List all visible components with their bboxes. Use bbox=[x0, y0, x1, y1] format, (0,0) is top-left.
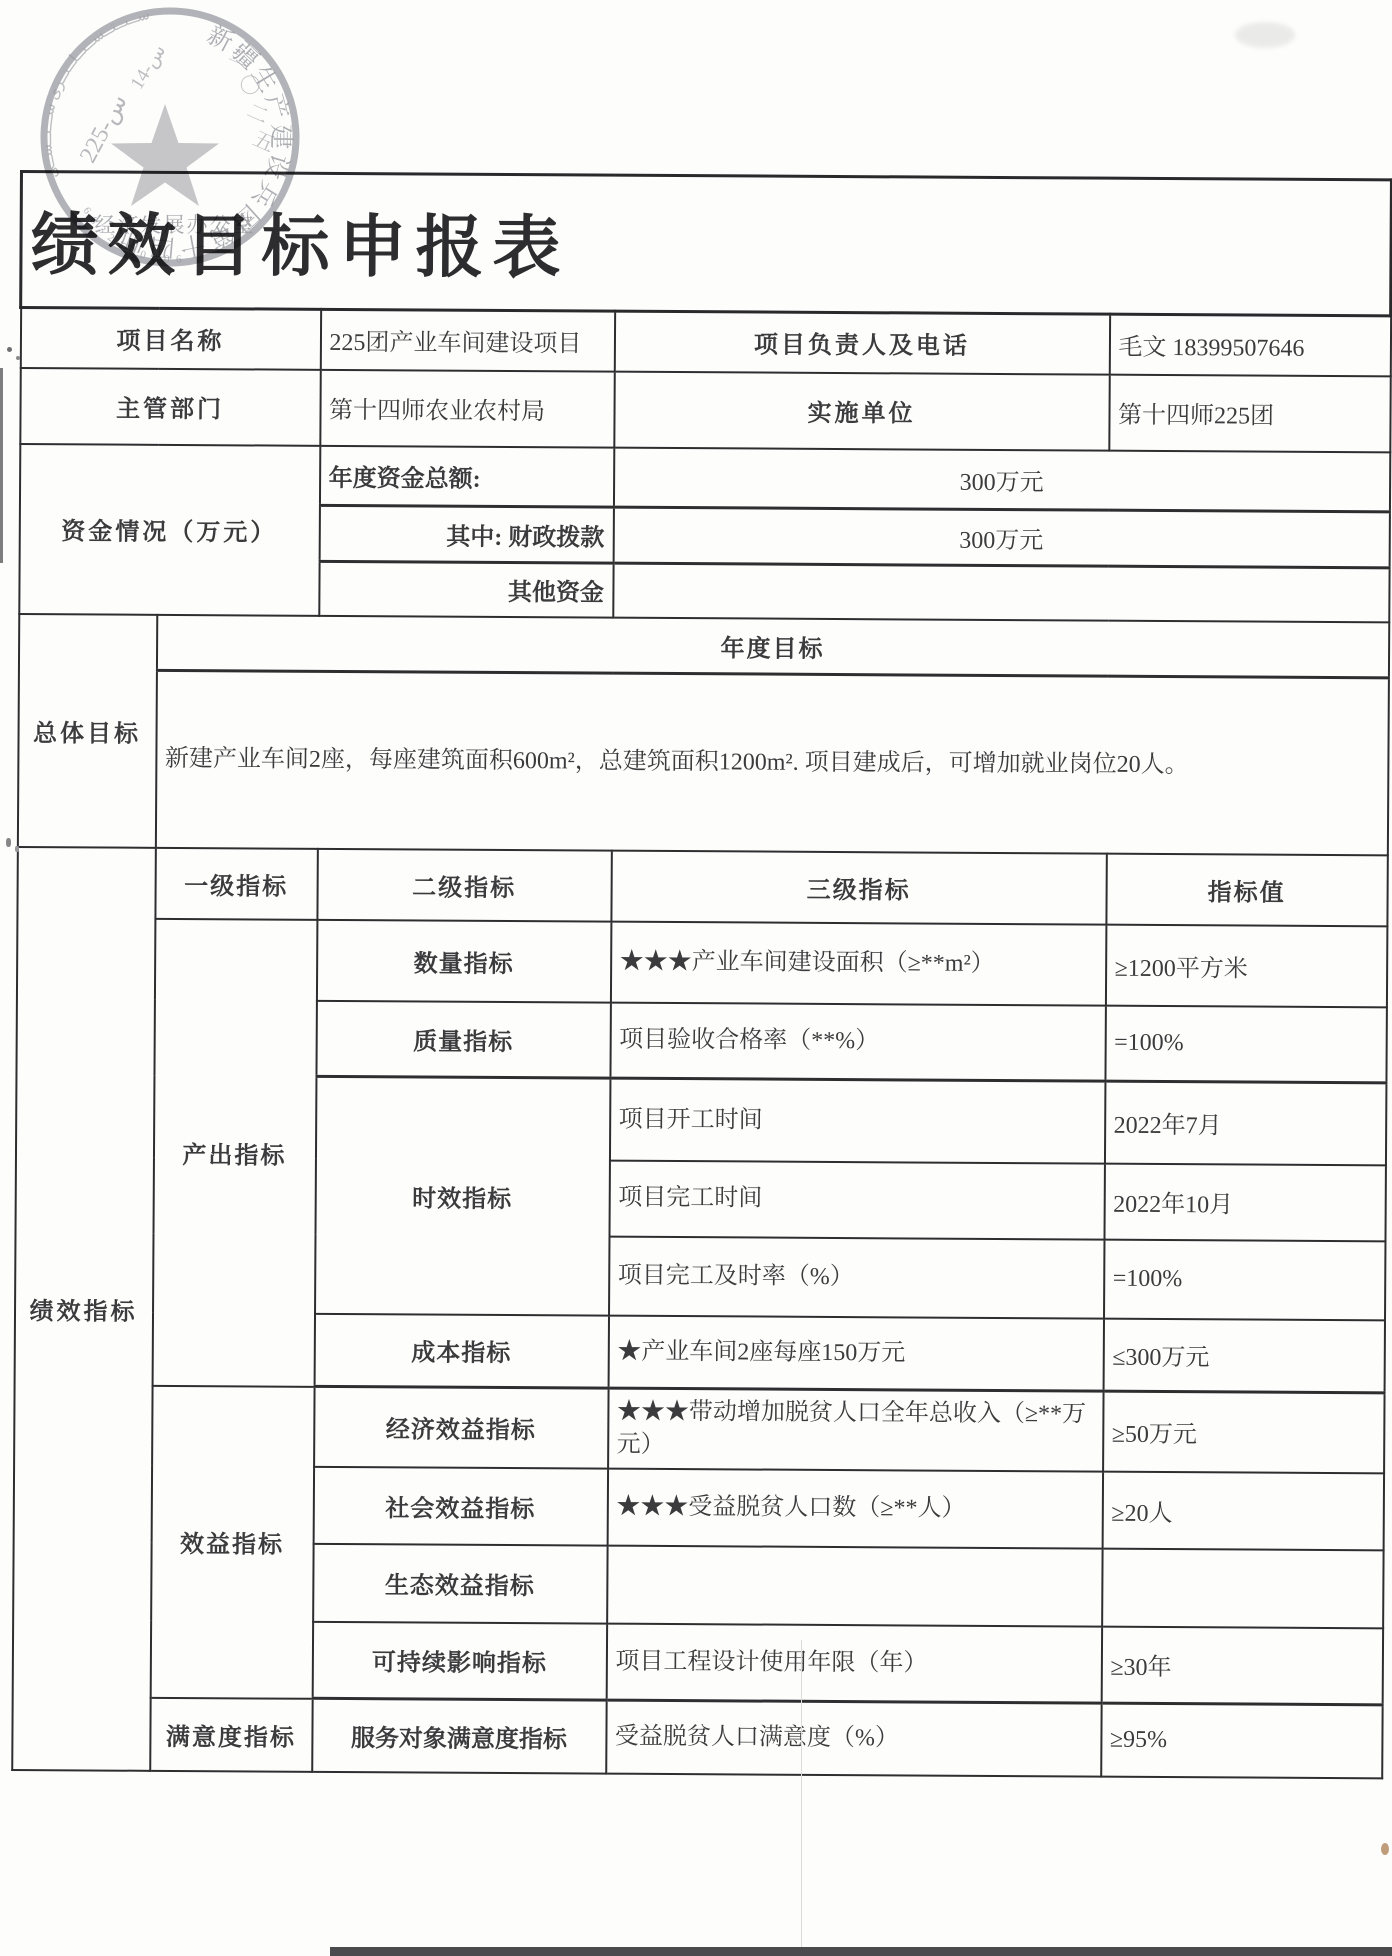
level1-satisfaction: 满意度指标 bbox=[150, 1697, 312, 1771]
seal-code-14: 14-س bbox=[127, 41, 171, 93]
scan-stain bbox=[1381, 1843, 1389, 1855]
performance-target-form-table: 绩效目标申报表 项目名称 225团产业车间建设项目 项目负责人及电话 毛文 18… bbox=[10, 170, 1392, 1779]
level1-benefit: 效益指标 bbox=[150, 1385, 314, 1698]
project-manager-label: 项目负责人及电话 bbox=[614, 311, 1109, 374]
sustainability-level3: 项目工程设计使用年限（年） bbox=[606, 1623, 1101, 1703]
indicator-header-row: 绩效指标 一级指标 二级指标 三级指标 指标值 bbox=[17, 846, 1387, 925]
satisfaction-level3: 受益脱贫人口满意度（%） bbox=[606, 1700, 1101, 1776]
implementing-unit-label: 实施单位 bbox=[614, 371, 1109, 450]
ontime-rate-value: =100% bbox=[1104, 1239, 1386, 1320]
ontime-rate-level3: 项目完工及时率（%） bbox=[609, 1236, 1104, 1318]
scan-edge-line bbox=[0, 368, 3, 563]
quality-value: =100% bbox=[1105, 1005, 1387, 1083]
project-name-label: 项目名称 bbox=[20, 308, 320, 370]
seal-code-225: 225-س bbox=[75, 90, 132, 167]
indicator-row-quantity: 产出指标 数量指标 ★★★产业车间建设面积（≥**m²） ≥1200平方米 bbox=[16, 917, 1387, 1006]
department-label: 主管部门 bbox=[20, 368, 320, 446]
quantity-level3: ★★★产业车间建设面积（≥**m²） bbox=[610, 921, 1105, 1005]
cost-value: ≤300万元 bbox=[1103, 1318, 1384, 1393]
annual-goal-header-row: 总体目标 年度目标 bbox=[18, 614, 1388, 678]
cost-label: 成本指标 bbox=[314, 1313, 608, 1388]
social-label: 社会效益指标 bbox=[313, 1466, 607, 1545]
level1-output: 产出指标 bbox=[152, 918, 317, 1386]
overall-goal-label: 总体目标 bbox=[17, 614, 156, 848]
satisfaction-value: ≥95% bbox=[1101, 1703, 1382, 1778]
ecological-label: 生态效益指标 bbox=[313, 1543, 607, 1623]
department-value: 第十四师农业农村局 bbox=[320, 369, 614, 447]
quality-label: 质量指标 bbox=[316, 1000, 610, 1078]
timeliness-label: 时效指标 bbox=[315, 1076, 610, 1315]
scan-smudge bbox=[1235, 22, 1295, 48]
quality-level3: 项目验收合格率（**%） bbox=[610, 1002, 1105, 1081]
annual-goal-header: 年度目标 bbox=[156, 614, 1388, 678]
finish-time-level3: 项目完工时间 bbox=[609, 1160, 1104, 1239]
scan-bottom-shadow bbox=[330, 1947, 1392, 1956]
level2-header: 二级指标 bbox=[317, 848, 611, 921]
indicator-row-economic: 效益指标 经济效益指标 ★★★带动增加脱贫人口全年总收入（≥**万元） ≥50万… bbox=[14, 1384, 1385, 1472]
project-name-value: 225团产业车间建设项目 bbox=[320, 309, 614, 371]
annual-goal-content: 新建产业车间2座，每座建筑面积600m²，总建筑面积1200m². 项目建成后，… bbox=[155, 670, 1388, 855]
annual-goal-content-row: 新建产业车间2座，每座建筑面积600m²，总建筑面积1200m². 项目建成后，… bbox=[17, 669, 1388, 854]
funding-other-value bbox=[613, 563, 1389, 622]
start-time-level3: 项目开工时间 bbox=[609, 1078, 1104, 1163]
project-manager-value: 毛文 18399507646 bbox=[1109, 314, 1390, 376]
scan-speck bbox=[7, 347, 12, 352]
implementing-unit-value: 第十四师225团 bbox=[1109, 374, 1391, 452]
sustainability-value: ≥30年 bbox=[1101, 1626, 1383, 1705]
funding-total-value: 300万元 bbox=[613, 447, 1389, 512]
level3-header: 三级指标 bbox=[611, 850, 1106, 924]
value-header: 指标值 bbox=[1106, 853, 1387, 926]
star-icon bbox=[111, 104, 219, 206]
form-sheet: 绩效目标申报表 项目名称 225团产业车间建设项目 项目负责人及电话 毛文 18… bbox=[10, 170, 1392, 1779]
funding-row-total: 资金情况（万元） 年度资金总额: 300万元 bbox=[19, 444, 1389, 512]
funding-section-label: 资金情况（万元） bbox=[19, 444, 320, 616]
economic-label: 经济效益指标 bbox=[314, 1386, 608, 1468]
department-row: 主管部门 第十四师农业农村局 实施单位 第十四师225团 bbox=[20, 368, 1390, 452]
social-level3: ★★★受益脱贫人口数（≥**人） bbox=[607, 1468, 1102, 1548]
project-name-row: 项目名称 225团产业车间建设项目 项目负责人及电话 毛文 1839950764… bbox=[20, 308, 1390, 376]
sustainability-label: 可持续影响指标 bbox=[312, 1621, 606, 1700]
funding-fiscal-value: 300万元 bbox=[613, 507, 1389, 568]
quantity-value: ≥1200平方米 bbox=[1105, 924, 1387, 1007]
funding-fiscal-label: 其中: 财政拨款 bbox=[319, 505, 613, 563]
performance-indicator-label: 绩效指标 bbox=[12, 846, 156, 1770]
ecological-level3 bbox=[607, 1545, 1102, 1626]
indicator-row-satisfaction: 满意度指标 服务对象满意度指标 受益脱贫人口满意度（%） ≥95% bbox=[12, 1696, 1382, 1777]
social-value: ≥20人 bbox=[1102, 1471, 1384, 1550]
satisfaction-label: 服务对象满意度指标 bbox=[312, 1698, 606, 1773]
scan-speck bbox=[6, 838, 11, 847]
quantity-label: 数量指标 bbox=[316, 919, 610, 1002]
funding-total-label: 年度资金总额: bbox=[319, 445, 613, 507]
ecological-value bbox=[1102, 1548, 1384, 1628]
official-seal: 新疆生产建设兵团第十四师 ســىــتــســىــلــىــرى ســ… bbox=[15, 0, 345, 302]
seal-office-text: 经济发展办公室 bbox=[95, 213, 256, 237]
economic-value: ≥50万元 bbox=[1103, 1391, 1385, 1473]
start-time-value: 2022年7月 bbox=[1104, 1081, 1386, 1165]
scanned-form-page: 绩效目标申报表 项目名称 225团产业车间建设项目 项目负责人及电话 毛文 18… bbox=[0, 0, 1392, 1956]
cost-level3: ★产业车间2座每座150万元 bbox=[608, 1315, 1103, 1391]
level1-header: 一级指标 bbox=[155, 847, 317, 919]
finish-time-value: 2022年10月 bbox=[1104, 1163, 1386, 1241]
economic-level3: ★★★带动增加脱贫人口全年总收入（≥**万元） bbox=[608, 1388, 1103, 1471]
funding-other-label: 其他资金 bbox=[319, 561, 613, 617]
